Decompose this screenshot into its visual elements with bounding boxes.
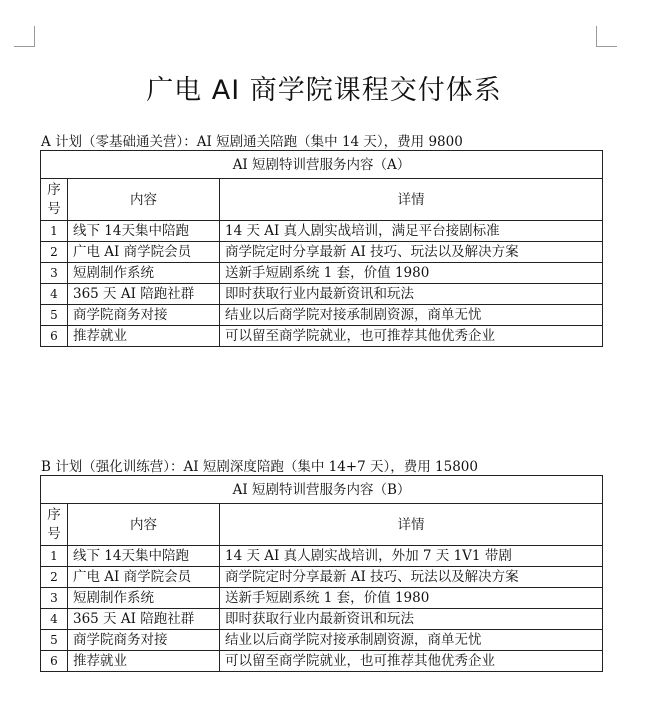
- row-number: 4: [41, 609, 68, 630]
- table-header-row: 序号 内容 详情: [41, 179, 603, 221]
- plan-a-heading: A 计划（零基础通关营）：AI 短剧通关陪跑（集中 14 天），费用 9800: [41, 130, 463, 150]
- row-number: 5: [41, 630, 68, 651]
- page-margin-corner-top-left: [14, 26, 35, 47]
- table-row: 6 推荐就业 可以留至商学院就业，也可推荐其他优秀企业: [41, 326, 603, 347]
- row-item: 线下 14天集中陪跑: [68, 546, 220, 567]
- table-caption-row: AI 短剧特训营服务内容（B）: [41, 476, 603, 504]
- table-row: 2 广电 AI 商学院会员 商学院定时分享最新 AI 技巧、玩法以及解决方案: [41, 242, 603, 263]
- row-item: 推荐就业: [68, 651, 220, 672]
- row-detail: 14 天 AI 真人剧实战培训，满足平台接剧标准: [220, 221, 603, 242]
- table-row: 2 广电 AI 商学院会员 商学院定时分享最新 AI 技巧、玩法以及解决方案: [41, 567, 603, 588]
- table-caption-row: AI 短剧特训营服务内容（A）: [41, 151, 603, 179]
- table-row: 3 短剧制作系统 送新手短剧系统 1 套，价值 1980: [41, 588, 603, 609]
- row-item: 短剧制作系统: [68, 588, 220, 609]
- row-detail: 结业以后商学院对接承制剧资源，商单无忧: [220, 305, 603, 326]
- table-row: 1 线下 14天集中陪跑 14 天 AI 真人剧实战培训，满足平台接剧标准: [41, 221, 603, 242]
- column-header-number: 序号: [41, 179, 68, 221]
- table-row: 1 线下 14天集中陪跑 14 天 AI 真人剧实战培训，外加 7 天 1V1 …: [41, 546, 603, 567]
- plan-b-heading: B 计划（强化训练营）：AI 短剧深度陪跑（集中 14+7 天），费用 1580…: [41, 455, 478, 475]
- row-item: 短剧制作系统: [68, 263, 220, 284]
- row-number: 5: [41, 305, 68, 326]
- column-header-item: 内容: [68, 504, 220, 546]
- row-item: 商学院商务对接: [68, 305, 220, 326]
- row-detail: 即时获取行业内最新资讯和玩法: [220, 609, 603, 630]
- table-row: 4 365 天 AI 陪跑社群 即时获取行业内最新资讯和玩法: [41, 284, 603, 305]
- row-detail: 送新手短剧系统 1 套，价值 1980: [220, 588, 603, 609]
- table-row: 5 商学院商务对接 结业以后商学院对接承制剧资源，商单无忧: [41, 630, 603, 651]
- page-margin-corner-top-right: [596, 26, 617, 47]
- row-item: 365 天 AI 陪跑社群: [68, 284, 220, 305]
- row-number: 2: [41, 567, 68, 588]
- row-detail: 商学院定时分享最新 AI 技巧、玩法以及解决方案: [220, 567, 603, 588]
- plan-a-service-table: AI 短剧特训营服务内容（A） 序号 内容 详情 1 线下 14天集中陪跑 14…: [40, 150, 603, 347]
- table-row: 4 365 天 AI 陪跑社群 即时获取行业内最新资讯和玩法: [41, 609, 603, 630]
- table-caption: AI 短剧特训营服务内容（B）: [41, 476, 603, 504]
- row-item: 365 天 AI 陪跑社群: [68, 609, 220, 630]
- row-item: 推荐就业: [68, 326, 220, 347]
- row-number: 3: [41, 588, 68, 609]
- document-title: 广电 AI 商学院课程交付体系: [0, 68, 648, 107]
- table-header-row: 序号 内容 详情: [41, 504, 603, 546]
- column-header-detail: 详情: [220, 504, 603, 546]
- row-item: 商学院商务对接: [68, 630, 220, 651]
- row-detail: 可以留至商学院就业，也可推荐其他优秀企业: [220, 651, 603, 672]
- row-number: 1: [41, 546, 68, 567]
- row-detail: 送新手短剧系统 1 套，价值 1980: [220, 263, 603, 284]
- row-number: 3: [41, 263, 68, 284]
- row-item: 广电 AI 商学院会员: [68, 567, 220, 588]
- row-number: 6: [41, 651, 68, 672]
- row-detail: 商学院定时分享最新 AI 技巧、玩法以及解决方案: [220, 242, 603, 263]
- row-item: 线下 14天集中陪跑: [68, 221, 220, 242]
- table-row: 5 商学院商务对接 结业以后商学院对接承制剧资源，商单无忧: [41, 305, 603, 326]
- row-detail: 即时获取行业内最新资讯和玩法: [220, 284, 603, 305]
- column-header-detail: 详情: [220, 179, 603, 221]
- row-number: 4: [41, 284, 68, 305]
- row-number: 2: [41, 242, 68, 263]
- row-detail: 14 天 AI 真人剧实战培训，外加 7 天 1V1 带剧: [220, 546, 603, 567]
- column-header-number: 序号: [41, 504, 68, 546]
- row-detail: 结业以后商学院对接承制剧资源，商单无忧: [220, 630, 603, 651]
- column-header-item: 内容: [68, 179, 220, 221]
- row-number: 6: [41, 326, 68, 347]
- row-detail: 可以留至商学院就业，也可推荐其他优秀企业: [220, 326, 603, 347]
- row-number: 1: [41, 221, 68, 242]
- plan-b-service-table: AI 短剧特训营服务内容（B） 序号 内容 详情 1 线下 14天集中陪跑 14…: [40, 475, 603, 672]
- table-row: 3 短剧制作系统 送新手短剧系统 1 套，价值 1980: [41, 263, 603, 284]
- table-caption: AI 短剧特训营服务内容（A）: [41, 151, 603, 179]
- row-item: 广电 AI 商学院会员: [68, 242, 220, 263]
- table-row: 6 推荐就业 可以留至商学院就业，也可推荐其他优秀企业: [41, 651, 603, 672]
